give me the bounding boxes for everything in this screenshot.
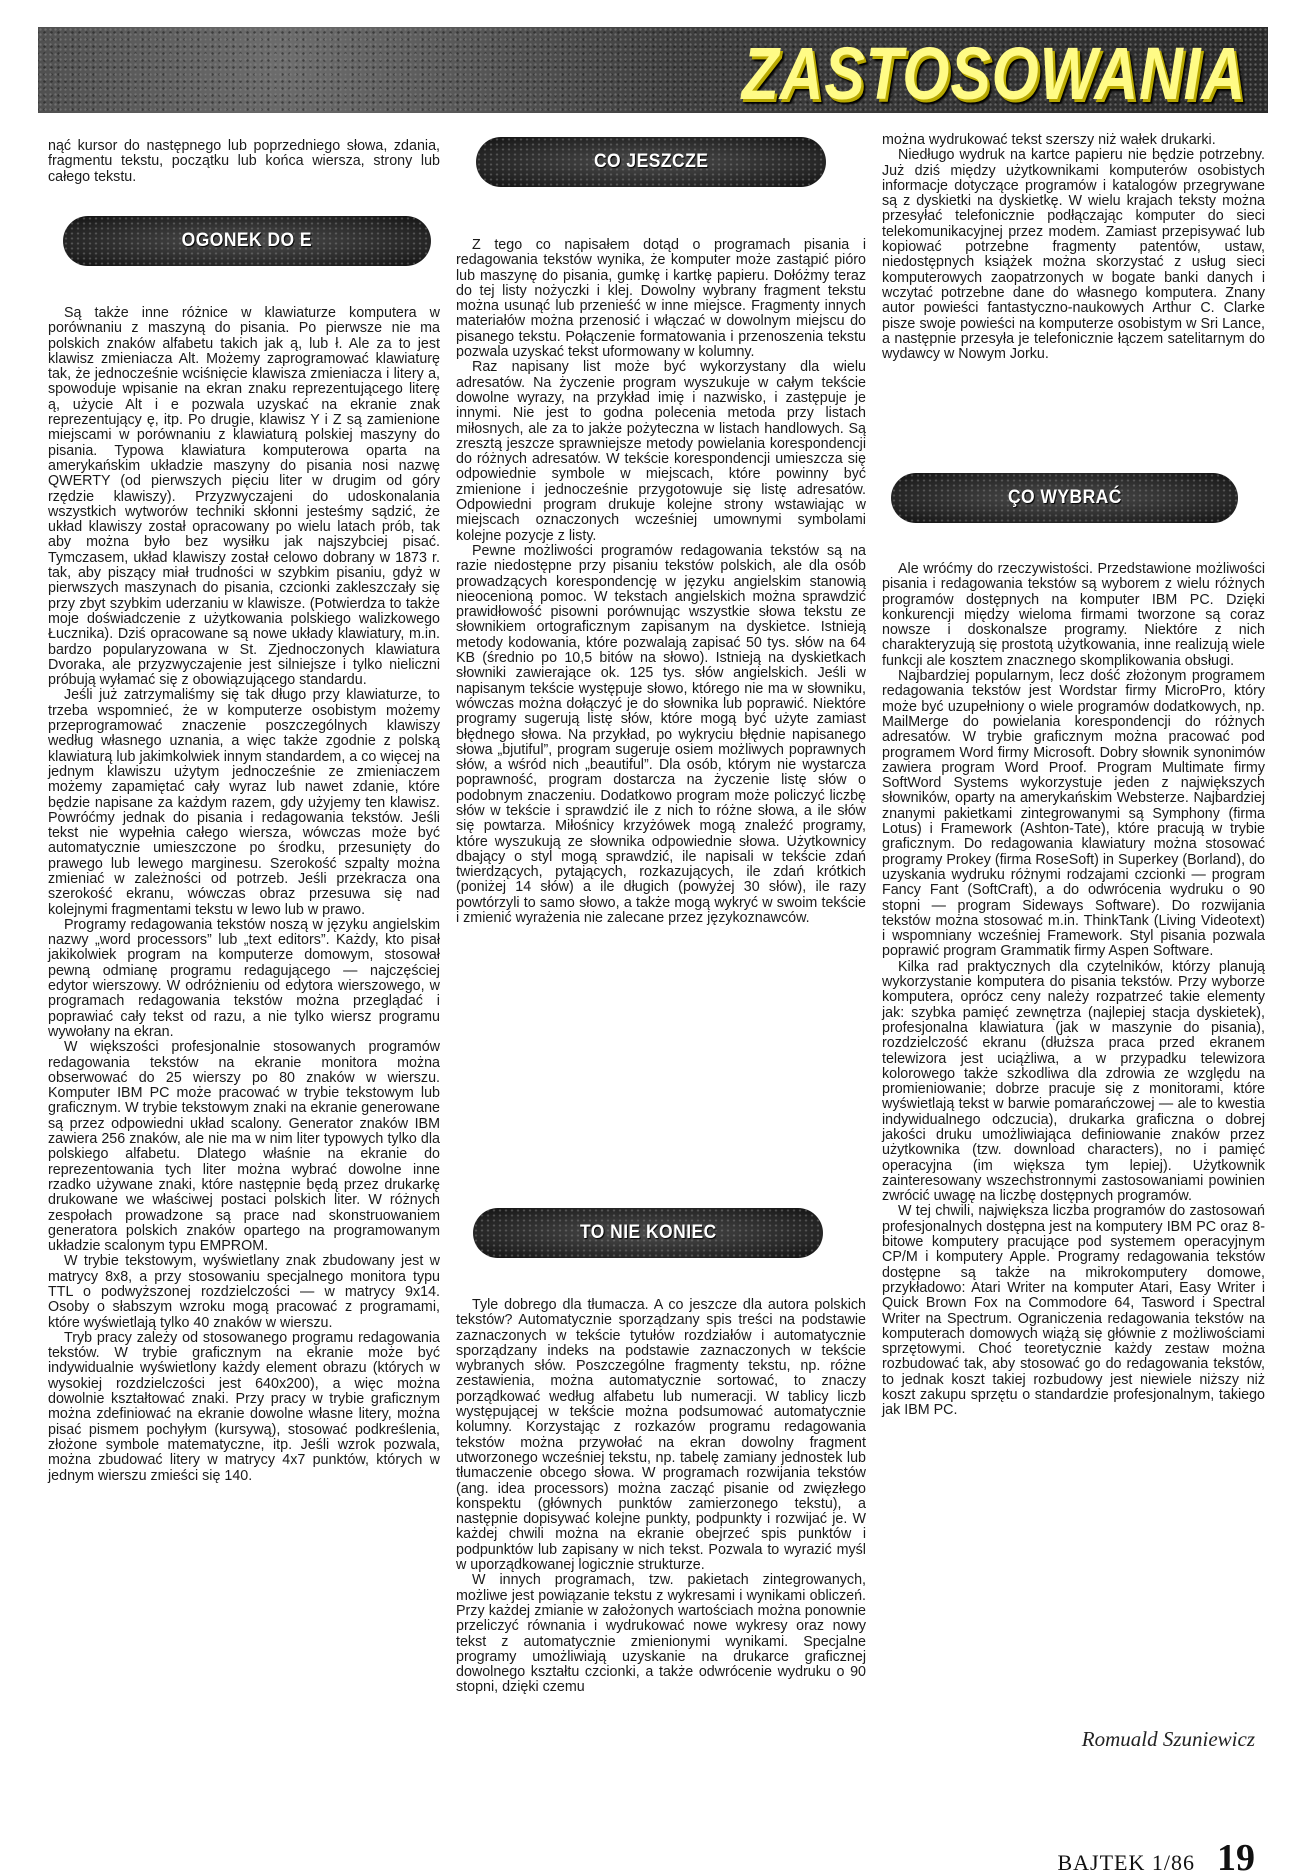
author-signature: Romuald Szuniewicz — [995, 1727, 1255, 1752]
paragraph: W trybie tekstowym, wyświetlany znak zbu… — [48, 1254, 440, 1330]
column-left: nąć kursor do następnego lub poprzednieg… — [48, 139, 440, 185]
paragraph: Tryb pracy zależy od stosowanego program… — [48, 1331, 440, 1484]
paragraph: Kilka rad praktycznych dla czytelników, … — [882, 960, 1265, 1205]
paragraph: Najbardziej popularnym, lecz dość złożon… — [882, 669, 1265, 960]
section-title: ZASTOSOWANIA — [742, 31, 1246, 113]
paragraph: Pewne możliwości programów redagowania t… — [456, 544, 866, 926]
paragraph: Z tego co napisałem dotąd o programach p… — [456, 238, 866, 360]
paragraph: Programy redagowania tekstów noszą w jęz… — [48, 918, 440, 1040]
page-number: 19 — [1217, 1837, 1255, 1875]
paragraph: nąć kursor do następnego lub poprzednieg… — [48, 139, 440, 185]
column-right-top: można wydrukować tekst szerszy niż wałek… — [882, 133, 1265, 362]
paragraph: Raz napisany list może być wykorzystany … — [456, 360, 866, 544]
section-banner: ZASTOSOWANIA — [38, 27, 1268, 113]
heading-text: OGONEK DO E — [182, 230, 312, 252]
heading-text: ÇO WYBRAĆ — [1008, 487, 1122, 509]
paragraph: Ale wróćmy do rzeczywistości. Przedstawi… — [882, 562, 1265, 669]
heading-text: CO JESZCZE — [594, 151, 708, 173]
heading-ogonek-do-e: OGONEK DO E — [63, 216, 431, 266]
page-footer: BAJTEK 1/86 19 — [1058, 1836, 1256, 1875]
paragraph: Niedługo wydruk na kartce papieru nie bę… — [882, 148, 1265, 362]
heading-to-nie-koniec: TO NIE KONIEC — [473, 1208, 823, 1258]
column-right-bottom: Ale wróćmy do rzeczywistości. Przedstawi… — [882, 562, 1265, 1419]
heading-co-jeszcze: CO JESZCZE — [476, 137, 826, 187]
paragraph: W tej chwili, największa liczba programó… — [882, 1204, 1265, 1418]
column-middle-bottom: Tyle dobrego dla tłumacza. A co jeszcze … — [456, 1298, 866, 1696]
paragraph: Tyle dobrego dla tłumacza. A co jeszcze … — [456, 1298, 866, 1573]
paragraph: można wydrukować tekst szerszy niż wałek… — [882, 133, 1265, 148]
paragraph: Są także inne różnice w klawiaturze komp… — [48, 306, 440, 688]
column-left-body: Są także inne różnice w klawiaturze komp… — [48, 306, 440, 1484]
paragraph: W większości profesjonalnie stosowanych … — [48, 1040, 440, 1254]
magazine-issue: BAJTEK 1/86 — [1058, 1850, 1196, 1875]
column-middle-top: Z tego co napisałem dotąd o programach p… — [456, 238, 866, 926]
paragraph: W innych programach, tzw. pakietach zint… — [456, 1573, 866, 1695]
heading-co-wybrac: ÇO WYBRAĆ — [891, 473, 1238, 523]
heading-text: TO NIE KONIEC — [580, 1222, 717, 1244]
paragraph: Jeśli już zatrzymaliśmy się tak długo pr… — [48, 688, 440, 917]
